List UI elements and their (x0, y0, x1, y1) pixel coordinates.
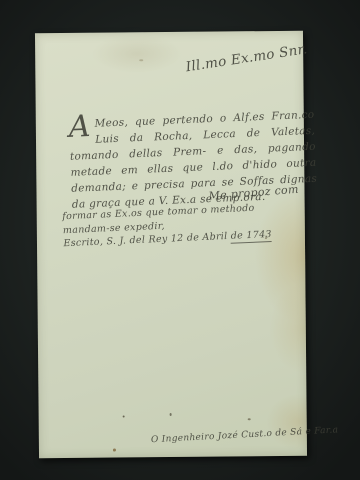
ink-speck (265, 237, 267, 239)
ink-speck (123, 415, 125, 417)
foxing-spot (113, 449, 116, 452)
signature-line: O Ingenheiro Jozé Cust.o de Sá e Far.a (151, 425, 339, 445)
salutation-line: Ill.mo Ex.mo Snr. (185, 41, 309, 75)
photo-background: Ill.mo Ex.mo Snr. AMeos, que pertendo o … (0, 0, 360, 480)
ink-speck (170, 413, 172, 416)
drop-cap-initial: A (68, 114, 91, 141)
paper-smudge (139, 59, 143, 61)
ink-speck (248, 418, 251, 420)
manuscript-page: Ill.mo Ex.mo Snr. AMeos, que pertendo o … (35, 31, 307, 459)
